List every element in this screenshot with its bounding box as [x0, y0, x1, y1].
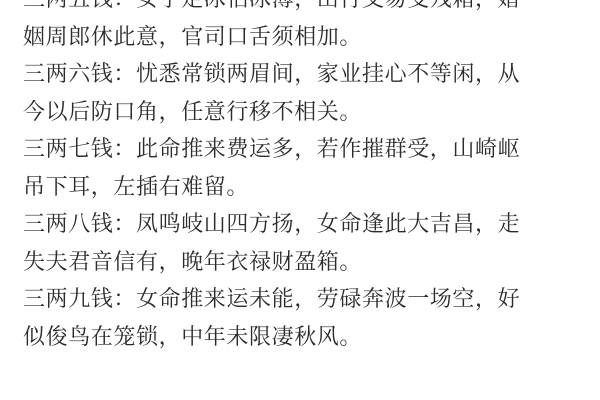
- text-line: 三两六钱：忧悉常锁两眉间，家业挂心不等闲，从: [23, 56, 568, 94]
- article-text: 三两五钱：女子走冰怕冰薄，出行交易受残箱，婚 姻周郎休此意，官司口舌须相加。 三…: [23, 0, 568, 356]
- text-line: 三两九钱：女命推来运未能，劳碌奔波一场空，好: [23, 281, 568, 319]
- text-line: 三两五钱：女子走冰怕冰薄，出行交易受残箱，婚: [23, 0, 568, 19]
- text-line: 三两七钱：此命推来费运多，若作摧群受，山崎岖: [23, 131, 568, 169]
- paragraph-3-9-qian: 三两九钱：女命推来运未能，劳碌奔波一场空，好 似俊鸟在笼锁，中年未限凄秋风。: [23, 281, 568, 356]
- paragraph-3-7-qian: 三两七钱：此命推来费运多，若作摧群受，山崎岖 吊下耳，左插右难留。: [23, 131, 568, 206]
- paragraph-3-8-qian: 三两八钱：凤鸣岐山四方扬，女命逢此大吉昌，走 失夫君音信有，晚年衣禄财盈箱。: [23, 206, 568, 281]
- text-line: 失夫君音信有，晚年衣禄财盈箱。: [23, 244, 568, 282]
- text-line: 今以后防口角，任意行移不相关。: [23, 94, 568, 132]
- text-line: 似俊鸟在笼锁，中年未限凄秋风。: [23, 319, 568, 357]
- text-line: 吊下耳，左插右难留。: [23, 169, 568, 207]
- text-line: 三两八钱：凤鸣岐山四方扬，女命逢此大吉昌，走: [23, 206, 568, 244]
- paragraph-3-5-qian: 三两五钱：女子走冰怕冰薄，出行交易受残箱，婚 姻周郎休此意，官司口舌须相加。: [23, 0, 568, 56]
- text-line: 姻周郎休此意，官司口舌须相加。: [23, 19, 568, 57]
- page: 三两五钱：女子走冰怕冰薄，出行交易受残箱，婚 姻周郎休此意，官司口舌须相加。 三…: [0, 0, 600, 400]
- paragraph-3-6-qian: 三两六钱：忧悉常锁两眉间，家业挂心不等闲，从 今以后防口角，任意行移不相关。: [23, 56, 568, 131]
